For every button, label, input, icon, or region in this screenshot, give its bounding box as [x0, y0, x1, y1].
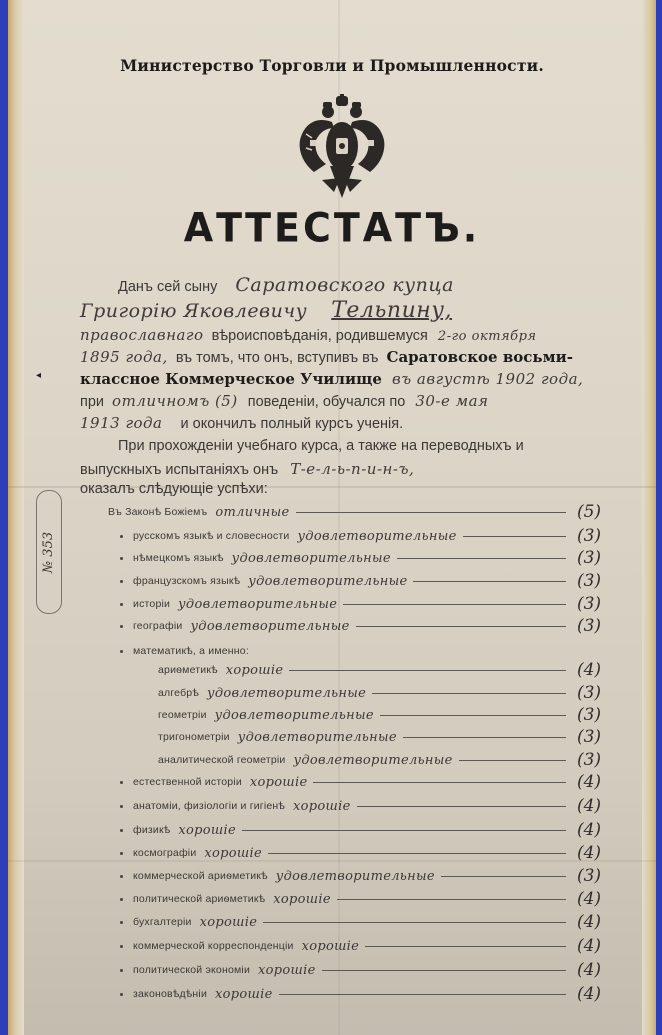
leader-line [268, 853, 566, 854]
grade-row: нѣмецкомъ языкѣудовлетворительные(3) [120, 548, 606, 568]
subject-name: тригонометріи [158, 731, 230, 743]
grade-word: хорошіе [250, 775, 308, 790]
printed-text: поведеніи, обучался по [248, 394, 406, 410]
grade-word: хорошіе [273, 892, 331, 907]
grade-word: удовлетворительные [190, 619, 349, 634]
text-line: Данъ сей сыну Саратовского купца [118, 274, 454, 296]
grade-word: хорошіе [200, 915, 258, 930]
bullet-icon [120, 580, 123, 583]
bullet-icon [120, 805, 123, 808]
subject-name: исторіи [133, 598, 170, 610]
margin-mark: ◂ [36, 370, 41, 381]
printed-text: и окончилъ полный курсъ ученія. [181, 416, 404, 432]
grade-mark: (4) [572, 843, 606, 863]
subject-name: законовѣдѣніи [133, 988, 207, 1000]
leader-line [263, 922, 566, 923]
grade-mark: (3) [572, 571, 606, 591]
bullet-icon [120, 969, 123, 972]
grade-word: хорошіе [204, 846, 262, 861]
grade-row: исторіиудовлетворительные(3) [120, 594, 606, 614]
bullet-icon [120, 945, 123, 948]
printed-text: выпускныхъ испытаніяхъ онъ [80, 462, 278, 478]
handwritten-text: въ августѣ 1902 года, [392, 370, 583, 388]
grade-mark: (3) [572, 727, 606, 747]
registration-number: № 353 [42, 531, 57, 572]
paper-edge-left [8, 0, 24, 1035]
grade-mark: (4) [572, 820, 606, 840]
subject-name: ариѳметикѣ [158, 664, 218, 676]
printed-text: Данъ сей сыну [118, 279, 217, 295]
subject-name: коммерческой ариѳметикѣ [133, 870, 268, 882]
grade-mark: (3) [572, 526, 606, 546]
leader-line [343, 604, 566, 605]
printed-text: въ томъ, что онъ, вступивъ въ [176, 350, 379, 366]
subject-name: анатоміи, физіологіи и гигіенѣ [133, 800, 285, 812]
grade-mark: (3) [572, 750, 606, 770]
text-line: классное Коммерческое Училище въ августѣ… [80, 370, 583, 388]
double-headed-eagle-icon [296, 94, 388, 204]
grade-row: коммерческой корреспонденціихорошіе(4) [120, 936, 606, 956]
grade-row: естественной исторіихорошіе(4) [120, 772, 606, 792]
leader-line [279, 994, 566, 995]
bullet-icon [120, 829, 123, 832]
grade-word: хорошіе [226, 663, 284, 678]
school-name: Саратовское восьми- [387, 348, 573, 366]
registration-number-stamp: № 353 [36, 490, 62, 614]
grade-row: аналитической геометріиудовлетворительны… [158, 750, 606, 770]
leader-line [337, 899, 566, 900]
ministry-heading: Министерство Торговли и Промышленности. [8, 56, 656, 75]
grade-mark: (3) [572, 594, 606, 614]
subject-name: политической ариѳметикѣ [133, 893, 265, 905]
grade-word: удовлетворительные [293, 753, 452, 768]
bullet-icon [120, 993, 123, 996]
certificate-title: АТТЕСТАТЪ. [8, 205, 656, 251]
printed-text: вѣроисповѣданія, родившемуся [212, 328, 428, 344]
grade-mark: (3) [572, 705, 606, 725]
subject-name: бухгалтеріи [133, 916, 192, 928]
grade-mark: (4) [572, 984, 606, 1004]
handwritten-text: Саратовского купца [235, 274, 454, 296]
grade-word: хорошіе [302, 939, 360, 954]
leader-line [365, 946, 566, 947]
subject-name: нѣмецкомъ языкѣ [133, 552, 224, 564]
subject-name: французскомъ языкѣ [133, 575, 240, 587]
grade-word: удовлетворительные [238, 730, 397, 745]
handwritten-text: 1895 года, [80, 348, 168, 366]
grade-word: удовлетворительные [276, 869, 435, 884]
printed-text: При прохожденіи учебнаго курса, а также … [118, 438, 524, 454]
grade-word: удовлетворительные [207, 686, 366, 701]
grade-word: удовлетворительные [215, 708, 374, 723]
grade-mark: (4) [572, 796, 606, 816]
bullet-icon [120, 603, 123, 606]
handwritten-year: 1913 года [80, 414, 163, 432]
bullet-icon [120, 898, 123, 901]
handwritten-text: 2-го октября [438, 329, 537, 344]
leader-line [413, 581, 566, 582]
subject-name: естественной исторіи [133, 776, 242, 788]
bullet-icon [120, 921, 123, 924]
handwritten-text: православнаго [80, 326, 204, 344]
leader-line [313, 782, 566, 783]
grade-mark: (5) [572, 502, 606, 522]
grade-row: политической экономіихорошіе(4) [120, 960, 606, 980]
subject-name: политической экономіи [133, 964, 250, 976]
subject-name: Въ Законѣ Божіемъ [108, 506, 207, 518]
text-line: 1895 года, въ томъ, что онъ, вступивъ въ… [80, 348, 573, 366]
subject-name: геометріи [158, 709, 207, 721]
school-name: классное Коммерческое Училище [80, 370, 382, 388]
leader-line [459, 760, 566, 761]
grade-word: отличные [215, 505, 289, 520]
handwritten-date: 30-е мая [415, 392, 488, 410]
leader-line [242, 830, 566, 831]
handwritten-surname: Тельпину, [331, 298, 452, 323]
text-line: выпускныхъ испытаніяхъ онъ Т-е-л-ь-п-и-н… [80, 460, 414, 478]
grade-row: русскомъ языкѣ и словесностиудовлетворит… [120, 526, 606, 546]
leader-line [289, 670, 566, 671]
bullet-icon [120, 852, 123, 855]
grade-row: географіиудовлетворительные(3) [120, 616, 606, 636]
leader-line [441, 876, 566, 877]
handwritten-conduct: отличномъ (5) [112, 392, 238, 410]
grade-row: тригонометріиудовлетворительные(3) [158, 727, 606, 747]
grade-word: удовлетворительные [178, 597, 337, 612]
bullet-icon [120, 625, 123, 628]
grade-mark: (3) [572, 683, 606, 703]
grade-word: хорошіе [178, 823, 236, 838]
grade-word: хорошіе [293, 799, 351, 814]
leader-line [403, 737, 566, 738]
handwritten-name: Григорію Яковлевичу [80, 300, 307, 322]
grade-row: Въ Законѣ Божіемъотличные(5) [108, 502, 606, 522]
subject-name: географіи [133, 620, 182, 632]
bullet-icon [120, 781, 123, 784]
grade-word: удовлетворительные [297, 529, 456, 544]
leader-line [463, 536, 566, 537]
leader-line [356, 626, 566, 627]
printed-text: оказалъ слѣдующіе успѣхи: [80, 481, 268, 497]
grade-row: ариѳметикѣхорошіе(4) [158, 660, 606, 680]
leader-line [372, 693, 566, 694]
handwritten-surname: Т-е-л-ь-п-и-н-ъ, [290, 460, 414, 478]
subject-name: космографіи [133, 847, 196, 859]
grade-word: хорошіе [215, 987, 273, 1002]
grade-word: удовлетворительные [248, 574, 407, 589]
leader-line [357, 806, 566, 807]
text-line: 1913 года и окончилъ полный курсъ ученія… [80, 414, 403, 432]
grade-mark: (4) [572, 960, 606, 980]
grade-row: французскомъ языкѣудовлетворительные(3) [120, 571, 606, 591]
subject-name: русскомъ языкѣ и словесности [133, 530, 289, 542]
leader-line [380, 715, 566, 716]
grade-row: космографіихорошіе(4) [120, 843, 606, 863]
grade-word: удовлетворительные [232, 551, 391, 566]
grade-mark: (4) [572, 772, 606, 792]
text-line: оказалъ слѣдующіе успѣхи: [80, 481, 268, 497]
text-line: при отличномъ (5) поведеніи, обучался по… [80, 392, 488, 410]
grade-row: физикѣхорошіе(4) [120, 820, 606, 840]
subject-name: физикѣ [133, 824, 170, 836]
leader-line [397, 558, 566, 559]
grade-row: бухгалтеріихорошіе(4) [120, 912, 606, 932]
grade-row: геометріиудовлетворительные(3) [158, 705, 606, 725]
grade-mark: (3) [572, 616, 606, 636]
grade-mark: (4) [572, 660, 606, 680]
bullet-icon [120, 650, 123, 653]
paper-edge-right [642, 0, 656, 1035]
grade-row: алгебрѣудовлетворительные(3) [158, 683, 606, 703]
grade-row: анатоміи, физіологіи и гигіенѣхорошіе(4) [120, 796, 606, 816]
grade-row: математикѣ, а именно: [120, 641, 606, 661]
text-line: православнаго вѣроисповѣданія, родившему… [80, 326, 537, 344]
grade-mark: (3) [572, 866, 606, 886]
bullet-icon [120, 875, 123, 878]
grade-mark: (4) [572, 889, 606, 909]
grade-row: законовѣдѣніихорошіе(4) [120, 984, 606, 1004]
text-line: При прохожденіи учебнаго курса, а также … [118, 438, 524, 454]
grade-mark: (4) [572, 936, 606, 956]
bullet-icon [120, 557, 123, 560]
subject-name: математикѣ, а именно: [133, 645, 249, 657]
leader-line [296, 512, 567, 513]
grade-mark: (3) [572, 548, 606, 568]
subject-name: коммерческой корреспонденціи [133, 940, 294, 952]
leader-line [322, 970, 566, 971]
printed-text: при [80, 394, 104, 410]
subject-name: аналитической геометріи [158, 754, 285, 766]
grade-row: политической ариѳметикѣхорошіе(4) [120, 889, 606, 909]
grade-row: коммерческой ариѳметикѣудовлетворительны… [120, 866, 606, 886]
text-line: Григорію Яковлевичу Тельпину, [80, 298, 452, 323]
certificate-paper: Министерство Торговли и Промышленности. [8, 0, 656, 1035]
bullet-icon [120, 535, 123, 538]
grade-mark: (4) [572, 912, 606, 932]
grade-word: хорошіе [258, 963, 316, 978]
subject-name: алгебрѣ [158, 687, 199, 699]
